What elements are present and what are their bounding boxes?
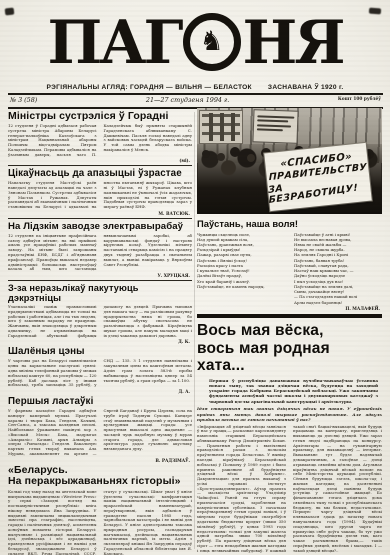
poem-headline: Паўстань, наша воля! xyxy=(197,218,382,229)
right-column: «СПАСИБО» ПРАВИТЕЛЬСТВУ ЗА БЕЗРАБОТИЦУ! … xyxy=(197,108,382,553)
article-body: У фарным касьцёле Гарадні адбыўся канцэр… xyxy=(8,409,192,457)
article-body: Напачатку студзеня Мастоўскі раён наведа… xyxy=(8,181,192,210)
article-body: 12 студзеня ў Горадні адбылася рабочая с… xyxy=(8,124,192,157)
poem: Чужынцы сьцелюць поле, Над душой крыжам … xyxy=(197,232,382,305)
article-signature: В. РАДЗІМАЎ. xyxy=(8,458,190,463)
photo-building-windows xyxy=(202,113,240,141)
article-first-swallows: Першыя ластаўкі У фарным касьцёле Гарадн… xyxy=(8,396,192,463)
poem-column-2: Паўставайце ў агні і крыві! Не высахла в… xyxy=(294,232,382,305)
article-signature: М. ВАТСЮК. xyxy=(8,211,190,216)
article-lida-plant: На Лідзкім заводзе электравырабаў 12 сту… xyxy=(8,221,192,278)
demonstration-photo: «СПАСИБО» ПРАВИТЕЛЬСТВУ ЗА БЕЗРАБОТИЦУ! xyxy=(197,108,382,214)
pahonia-knight-icon: ♞ xyxy=(183,13,241,71)
article-body: Колькі год таму назад на ангельскай мове… xyxy=(8,490,192,555)
issue-price: Кошт 100 рублёў xyxy=(338,97,381,102)
masthead-subtitle-row: РЭГІЯНАЛЬНЫ АГЛЯД: ГОРАДНЯ — ВІЛЬНЯ — БЕ… xyxy=(20,84,370,91)
divider xyxy=(8,165,192,166)
divider xyxy=(8,280,192,281)
article-headline: На Лідзкім заводзе электравырабаў xyxy=(8,221,192,232)
feature-body: «Інфармацыя аб дзіцячай вёсцы зьявілася … xyxy=(197,425,382,554)
article-body: У чарговы раз на Беларусі павялічыліся ц… xyxy=(8,359,192,388)
article-signature: Д. А. xyxy=(8,389,190,394)
poem-signature: П. МАЛАФЕЙ. xyxy=(197,306,380,311)
article-headline: Цікаўнасьць да апазыцыі ўзрастае xyxy=(8,168,192,179)
article-body: Узаемазалікі паміж прамысловымі прадпрые… xyxy=(8,305,192,338)
article-headline: Першыя ластаўкі xyxy=(8,396,192,407)
feature-intro: Ідэя стварэньня так званых дзіцячых вёса… xyxy=(197,406,382,422)
section-divider-bar xyxy=(197,314,382,319)
knight-glyph: ♞ xyxy=(199,28,223,55)
divider xyxy=(8,218,192,219)
photo-crowd-heads xyxy=(202,150,210,158)
poem-column-1: Чужынцы сьцелюць поле, Над душой крыжам … xyxy=(197,232,285,305)
small-placard xyxy=(253,110,297,142)
masthead-title-right: НЯ xyxy=(243,12,343,72)
article-signature: Д. К. xyxy=(8,339,190,344)
protest-placard: «СПАСИБО» ПРАВИТЕЛЬСТВУ ЗА БЕЗРАБОТИЦУ! xyxy=(264,143,372,211)
dateline: № 3 (58) 21—27 студзеня 1994 г. Кошт 100… xyxy=(10,96,381,104)
article-opposition: Цікаўнасьць да апазыцыі ўзрастае Напачат… xyxy=(8,168,192,216)
article-maternity: З-за неразьлікаў пакутуюць дэкрэтніцы Уз… xyxy=(8,283,192,344)
article-headline: З-за неразьлікаў пакутуюць дэкрэтніцы xyxy=(8,283,192,303)
newspaper-page: ПАГ ♞ НЯ РЭГІЯНАЛЬНЫ АГЛЯД: ГОРАДНЯ — ВІ… xyxy=(0,0,390,555)
article-headline: Міністры сустрэліся ў Горадні xyxy=(8,110,192,122)
article-ministers: Міністры сустрэліся ў Горадні 12 студзен… xyxy=(8,110,192,163)
article-signature: У. ХРУЦКАЯ. xyxy=(8,273,190,278)
left-column: Міністры сустрэліся ў Горадні 12 студзен… xyxy=(8,110,192,555)
masthead: ПАГ ♞ НЯ xyxy=(0,13,390,71)
article-signature: (мі). xyxy=(8,158,190,163)
feature-lead: Першая ў рэспубліцы дапаможная вучэбна-в… xyxy=(209,378,378,404)
issue-number: № 3 (58) xyxy=(10,96,37,104)
article-headline: Шалёныя цэны xyxy=(8,346,192,357)
photo-building xyxy=(199,110,243,144)
feature-headline: Вось мая вёска, вось мая родная хата... xyxy=(197,322,382,375)
masthead-title-left: ПАГ xyxy=(47,12,180,72)
issue-date: 21—27 студзеня 1994 г. xyxy=(146,96,229,104)
article-belarus-history: «Беларусь. На перакрыжаваньнях гісторыі»… xyxy=(8,465,192,555)
article-crazy-prices: Шалёныя цэны У чарговы раз на Беларусі п… xyxy=(8,346,192,394)
article-body: 12 студзеня па ініцыятыве прафесійнага с… xyxy=(8,234,192,272)
article-headline: «Беларусь. На перакрыжаваньнях гісторыі» xyxy=(8,465,192,488)
founded-label: ЗАСНАВАНА Ў 1920 г. xyxy=(268,84,344,91)
column-divider xyxy=(194,112,195,549)
regional-subtitle: РЭГІЯНАЛЬНЫ АГЛЯД: ГОРАДНЯ — ВІЛЬНЯ — БЕ… xyxy=(46,84,251,91)
